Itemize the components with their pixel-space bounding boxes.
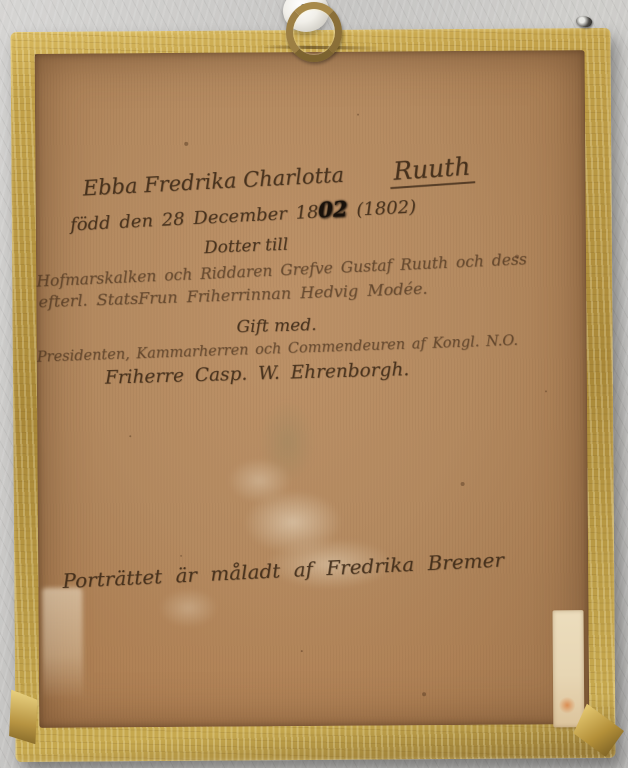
birth-line-overwritten-digits: 02 [318,196,349,222]
tape-residue-streak [42,588,83,700]
paper-specks [35,54,37,56]
picture-frame: Ebba Fredrika Charlotta Ruuth född den 2… [10,28,615,762]
paper-label-remnant [553,610,585,727]
inscription-surname-underlined: Ruuth [388,151,475,189]
photo-stage: Ebba Fredrika Charlotta Ruuth född den 2… [0,0,628,768]
label-stain-spot [559,696,575,714]
inscription-relation-line: Dotter till [204,235,289,259]
backing-paper: Ebba Fredrika Charlotta Ruuth född den 2… [35,50,590,728]
birth-line-parenthetical: (1802) [356,196,417,220]
inscription-marriage-line: Gift med. [236,315,317,337]
paper-stains [35,50,590,728]
brass-hanging-ring [286,2,342,62]
